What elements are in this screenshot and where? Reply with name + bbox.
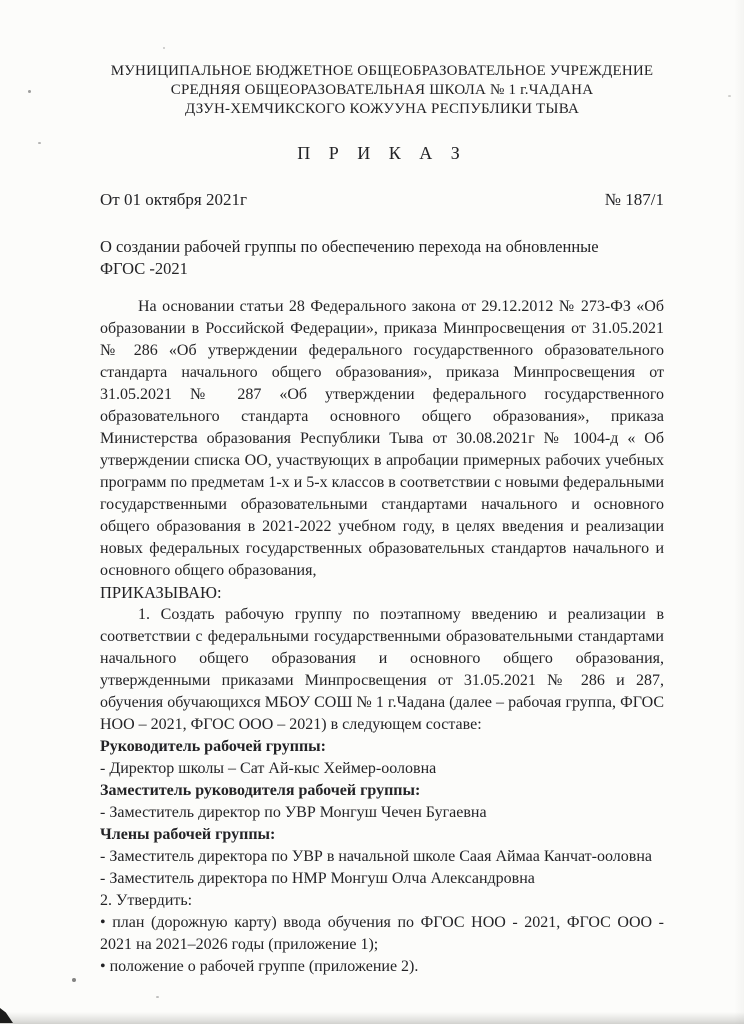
working-group-roster: Руководитель рабочей группы: - Директор … — [100, 736, 664, 890]
order-dateline: От 01 октября 2021г № 187/1 — [100, 190, 664, 210]
scan-speck — [28, 90, 31, 93]
organization-name-line2: СРЕДНЯЯ ОБЩЕОРАЗОВАТЕЛЬНАЯ ШКОЛА № 1 г.Ч… — [100, 81, 664, 100]
scanned-document-page: МУНИЦИПАЛЬНОЕ БЮДЖЕТНОЕ ОБЩЕОБРАЗОВАТЕЛЬ… — [0, 0, 744, 1024]
scan-speck — [72, 978, 76, 982]
role-member: - Заместитель директора по НМР Монгуш Ол… — [100, 868, 664, 890]
approve-bullet-regulation: • положение о рабочей группе (приложение… — [100, 956, 664, 978]
role-heading-deputy-leader: Заместитель руководителя рабочей группы: — [100, 780, 664, 802]
order-document: МУНИЦИПАЛЬНОЕ БЮДЖЕТНОЕ ОБЩЕОБРАЗОВАТЕЛЬ… — [100, 62, 664, 978]
order-heading: П Р И К А З — [100, 143, 664, 164]
order-subject-line1: О создании рабочей группы по обеспечению… — [100, 236, 664, 258]
scan-speck — [156, 996, 159, 998]
page-right-edge-shading — [734, 0, 744, 1024]
role-heading-members: Члены рабочей группы: — [100, 824, 664, 846]
order-subject: О создании рабочей группы по обеспечению… — [100, 236, 664, 280]
order-date: От 01 октября 2021г — [100, 190, 247, 210]
organization-name-line3: ДЗУН-ХЕМЧИКСКОГО КОЖУУНА РЕСПУБЛИКИ ТЫВА — [100, 100, 664, 119]
order-item-1: 1. Создать рабочую группу по поэтапному … — [100, 604, 664, 736]
order-number: № 187/1 — [605, 190, 664, 210]
order-subject-line2: ФГОС -2021 — [100, 258, 664, 280]
role-member: - Заместитель директора по УВР в начальн… — [100, 846, 664, 868]
order-item-2: 2. Утвердить: — [100, 890, 664, 912]
scan-speck — [38, 142, 41, 144]
organization-name-line1: МУНИЦИПАЛЬНОЕ БЮДЖЕТНОЕ ОБЩЕОБРАЗОВАТЕЛЬ… — [100, 62, 664, 81]
role-member: - Директор школы – Сат Ай-кыс Хеймер-оол… — [100, 758, 664, 780]
order-preamble: На основании статьи 28 Федерального зако… — [100, 296, 664, 582]
approve-bullet-roadmap: • план (дорожную карту) ввода обучения п… — [100, 912, 664, 956]
role-member: - Заместитель директор по УВР Монгуш Чеч… — [100, 802, 664, 824]
page-bottom-edge-shadow — [0, 1012, 744, 1024]
scan-speck — [728, 95, 731, 97]
scan-speck — [163, 47, 165, 49]
decree-word: ПРИКАЗЫВАЮ: — [100, 582, 664, 604]
scan-speck — [350, 244, 353, 247]
organization-header: МУНИЦИПАЛЬНОЕ БЮДЖЕТНОЕ ОБЩЕОБРАЗОВАТЕЛЬ… — [100, 62, 664, 119]
role-heading-leader: Руководитель рабочей группы: — [100, 736, 664, 758]
